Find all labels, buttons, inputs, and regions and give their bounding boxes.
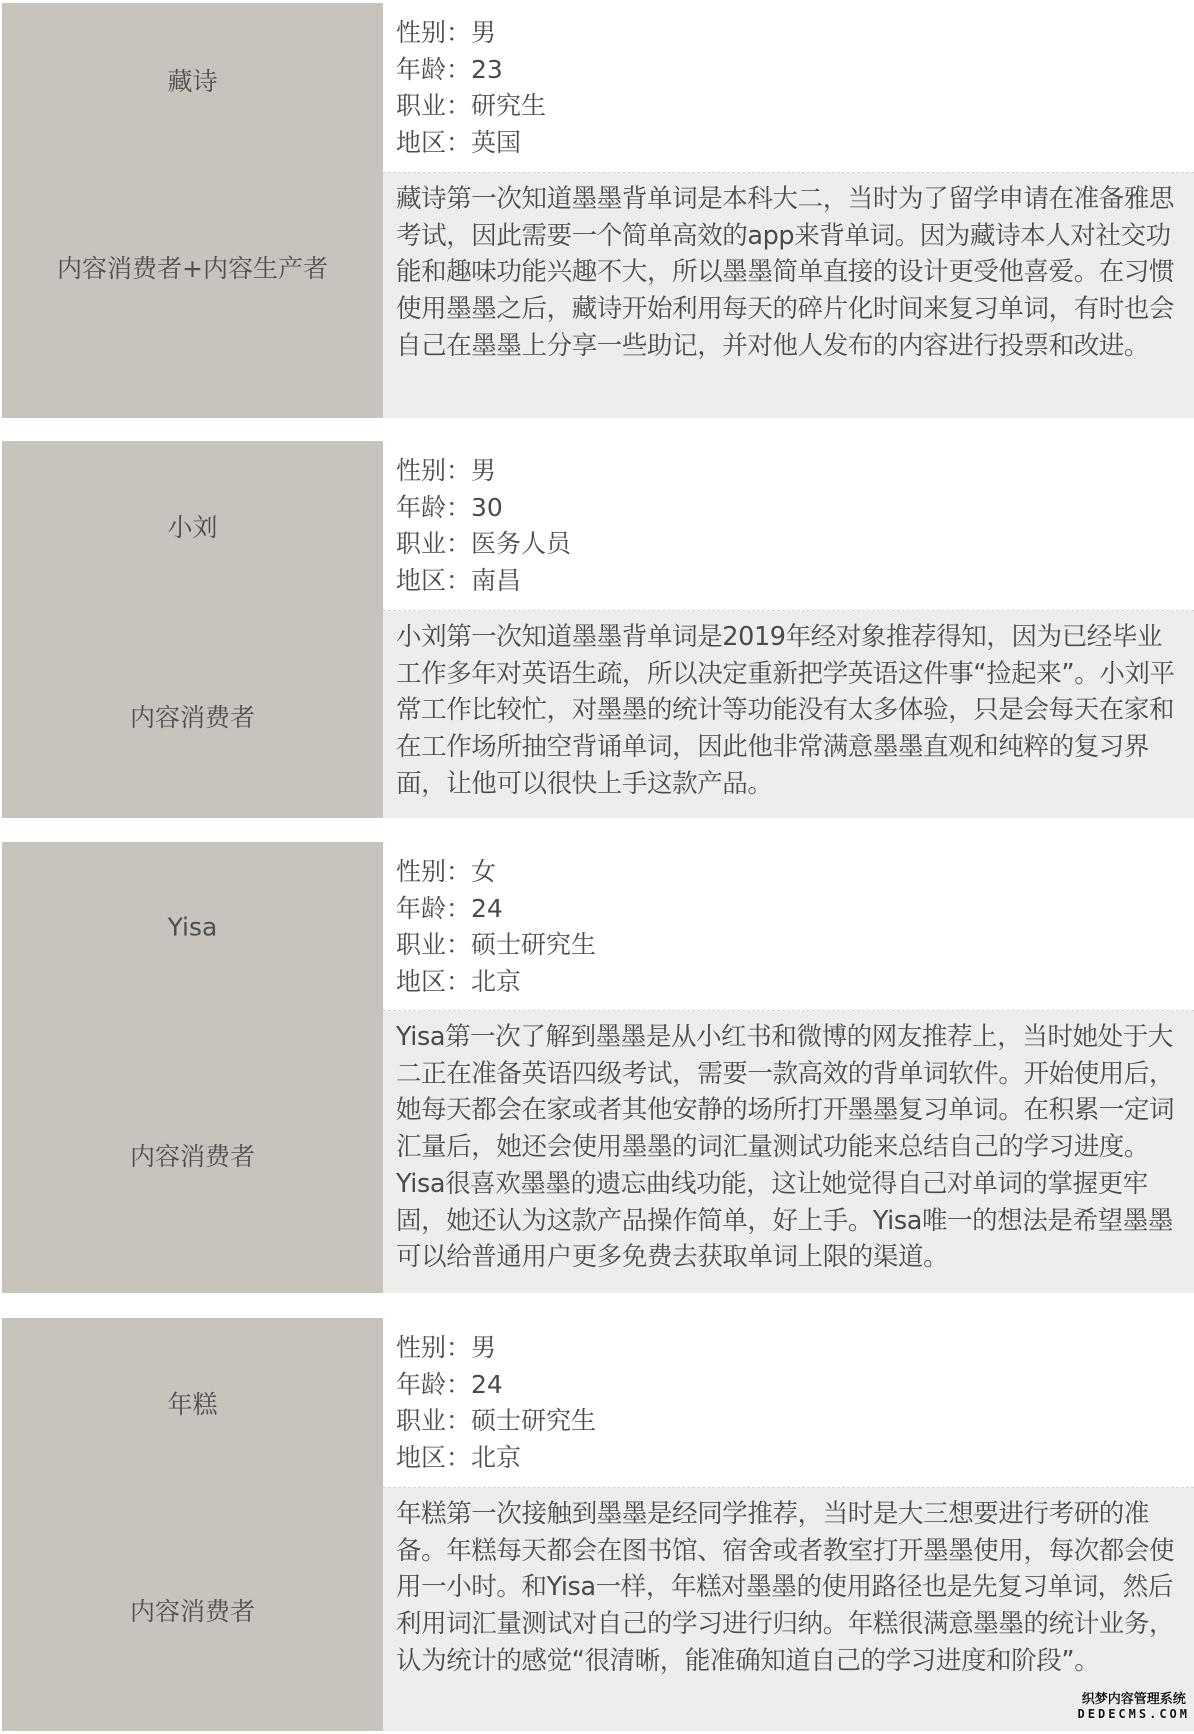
persona-name: 小刘: [2, 508, 383, 544]
info-row-gender: 性别：男: [396, 453, 1194, 490]
age-value: 23: [471, 55, 503, 84]
description-text: 年糕第一次接触到墨墨是经同学推荐，当时是大三想要进行考研的准备。年糕每天都会在图…: [396, 1496, 1184, 1680]
persona-left-panel: 小刘 内容消费者: [2, 441, 383, 818]
persona-info: 性别：男 年龄：24 职业：硕士研究生 地区：北京: [383, 1318, 1194, 1488]
persona-description: 年糕第一次接触到墨墨是经同学推荐，当时是大三想要进行考研的准备。年糕每天都会在图…: [383, 1488, 1194, 1731]
persona-right-panel: 性别：男 年龄：24 职业：硕士研究生 地区：北京 年糕第一次接触到墨墨是经同学…: [383, 1318, 1194, 1731]
persona-description: 小刘第一次知道墨墨背单词是2019年经对象推荐得知，因为已经毕业工作多年对英语生…: [383, 611, 1194, 818]
persona-role: 内容消费者: [2, 1137, 383, 1173]
age-value: 24: [471, 1370, 503, 1399]
gender-value: 男: [471, 1333, 496, 1362]
region-value: 北京: [471, 1443, 521, 1472]
persona-right-panel: 性别：男 年龄：30 职业：医务人员 地区：南昌 小刘第一次知道墨墨背单词是20…: [383, 441, 1194, 818]
region-value: 南昌: [471, 566, 521, 595]
persona-role: 内容消费者: [2, 1592, 383, 1628]
persona-role: 内容消费者: [2, 698, 383, 734]
gender-value: 男: [471, 18, 496, 47]
watermark-en: DEDECMS.COM: [1078, 1707, 1190, 1722]
persona-info: 性别：女 年龄：24 职业：硕士研究生 地区：北京: [383, 842, 1194, 1011]
persona-right-panel: 性别：男 年龄：23 职业：研究生 地区：英国 藏诗第一次知道墨墨背单词是本科大…: [383, 3, 1194, 418]
info-row-gender: 性别：女: [396, 854, 1194, 891]
info-row-gender: 性别：男: [396, 15, 1194, 52]
occupation-value: 硕士研究生: [471, 1406, 596, 1435]
persona-card: 藏诗 内容消费者+内容生产者 性别：男 年龄：23 职业：研究生 地区：英国 藏…: [2, 3, 1194, 418]
info-row-age: 年龄：23: [396, 52, 1194, 89]
info-row-occupation: 职业：研究生: [396, 88, 1194, 125]
info-row-occupation: 职业：医务人员: [396, 526, 1194, 563]
persona-card: 年糕 内容消费者 性别：男 年龄：24 职业：硕士研究生 地区：北京 年糕第一次…: [2, 1318, 1194, 1731]
watermark-cn: 织梦内容管理系统: [1078, 1692, 1190, 1707]
gender-value: 男: [471, 456, 496, 485]
persona-right-panel: 性别：女 年龄：24 职业：硕士研究生 地区：北京 Yisa第一次了解到墨墨是从…: [383, 842, 1194, 1293]
occupation-value: 医务人员: [471, 529, 571, 558]
region-value: 英国: [471, 128, 521, 157]
region-value: 北京: [471, 967, 521, 996]
info-row-region: 地区：英国: [396, 125, 1194, 162]
persona-card: Yisa 内容消费者 性别：女 年龄：24 职业：硕士研究生 地区：北京 Yis…: [2, 842, 1194, 1293]
persona-name: 藏诗: [2, 62, 383, 98]
persona-left-panel: 年糕 内容消费者: [2, 1318, 383, 1731]
persona-left-panel: 藏诗 内容消费者+内容生产者: [2, 3, 383, 418]
persona-role: 内容消费者+内容生产者: [2, 249, 383, 285]
persona-description: Yisa第一次了解到墨墨是从小红书和微博的网友推荐上，当时她处于大二正在准备英语…: [383, 1011, 1194, 1293]
occupation-value: 研究生: [471, 91, 546, 120]
persona-description: 藏诗第一次知道墨墨背单词是本科大二，当时为了留学申请在准备雅思考试，因此需要一个…: [383, 173, 1194, 418]
info-row-region: 地区：南昌: [396, 563, 1194, 600]
info-row-region: 地区：北京: [396, 964, 1194, 1001]
info-row-occupation: 职业：硕士研究生: [396, 927, 1194, 964]
persona-left-panel: Yisa 内容消费者: [2, 842, 383, 1293]
occupation-value: 硕士研究生: [471, 930, 596, 959]
info-row-age: 年龄：24: [396, 1367, 1194, 1404]
age-value: 30: [471, 493, 503, 522]
persona-name: Yisa: [2, 913, 383, 942]
info-row-age: 年龄：30: [396, 490, 1194, 527]
description-text: Yisa第一次了解到墨墨是从小红书和微博的网友推荐上，当时她处于大二正在准备英语…: [396, 1019, 1184, 1276]
info-row-occupation: 职业：硕士研究生: [396, 1403, 1194, 1440]
age-value: 24: [471, 894, 503, 923]
description-text: 小刘第一次知道墨墨背单词是2019年经对象推荐得知，因为已经毕业工作多年对英语生…: [396, 619, 1184, 803]
gender-value: 女: [471, 857, 496, 886]
persona-info: 性别：男 年龄：23 职业：研究生 地区：英国: [383, 3, 1194, 173]
info-row-gender: 性别：男: [396, 1330, 1194, 1367]
description-text: 藏诗第一次知道墨墨背单词是本科大二，当时为了留学申请在准备雅思考试，因此需要一个…: [396, 181, 1184, 365]
persona-name: 年糕: [2, 1385, 383, 1421]
persona-card: 小刘 内容消费者 性别：男 年龄：30 职业：医务人员 地区：南昌 小刘第一次知…: [2, 441, 1194, 818]
watermark-logo: 织梦内容管理系统 DEDECMS.COM: [1078, 1692, 1190, 1722]
info-row-region: 地区：北京: [396, 1440, 1194, 1477]
info-row-age: 年龄：24: [396, 891, 1194, 928]
persona-info: 性别：男 年龄：30 职业：医务人员 地区：南昌: [383, 441, 1194, 611]
